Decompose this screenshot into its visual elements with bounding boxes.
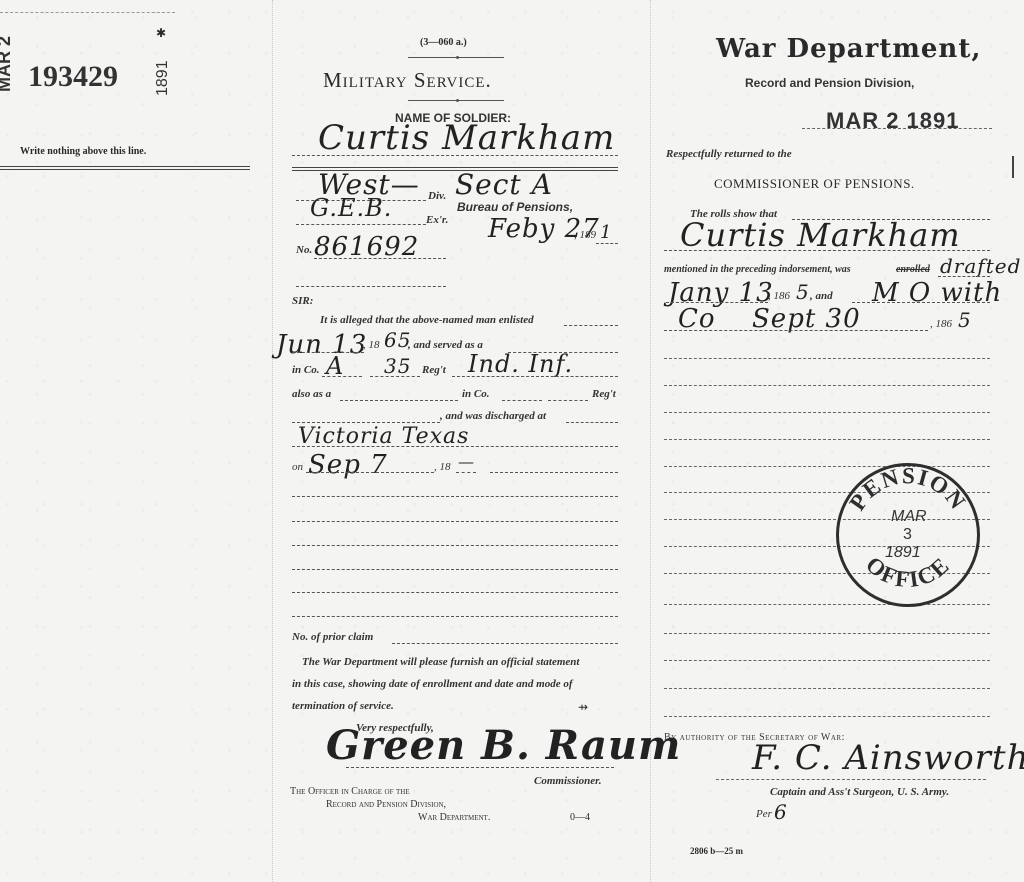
bureau-year-line: [596, 243, 618, 244]
blank-line: [664, 604, 990, 605]
inserted-word: drafted: [940, 254, 1021, 278]
bureau-year-prefix: , 189: [574, 229, 596, 241]
fold-line-left: [272, 0, 273, 882]
ainsworth-signature: F. C. Ainsworth: [752, 738, 1024, 778]
mustered-date-line: [664, 330, 928, 331]
discharge-extra-line: [490, 472, 618, 473]
struck-word: enrolled: [896, 264, 930, 275]
regiment-number: 35: [384, 354, 411, 378]
blank-line: [664, 385, 990, 386]
examiner-line: [296, 224, 426, 225]
alleged-text: It is alleged that the above-named man e…: [320, 314, 534, 326]
date-stamp: MAR 2 1891: [826, 108, 960, 134]
separator-rule: [0, 166, 250, 170]
commissioner-signature: Green B. Raum: [326, 722, 681, 769]
prior-claim-line: [392, 643, 618, 644]
stamp-year: 1891: [885, 544, 921, 562]
discharge-place-line: [292, 446, 618, 447]
regiment-label: Reg't: [422, 364, 446, 376]
on-label: on: [292, 461, 303, 473]
number-label: No.: [296, 244, 312, 256]
also-as-line: [340, 400, 458, 401]
request-text-2: in this case, showing date of enrollment…: [292, 678, 573, 690]
signer-title: Commissioner.: [534, 775, 602, 787]
salutation: SIR:: [292, 295, 313, 307]
regiment-value: Ind. Inf.: [468, 350, 573, 378]
asterisk-mark: ✱: [156, 26, 166, 41]
enlisted-year-prefix: , 18: [363, 339, 380, 351]
signer-title: Captain and Ass't Surgeon, U. S. Army.: [770, 786, 949, 798]
ornament-rule: [408, 100, 504, 101]
also-reg-line: [548, 400, 588, 401]
examiner-value: G.E.B.: [310, 194, 392, 222]
enlisted-date: Jun 13: [276, 330, 367, 360]
form-code: 0—4: [570, 812, 590, 823]
request-text-3: termination of service.: [292, 700, 394, 712]
signature-line: [346, 767, 614, 768]
mentioned-text: mentioned in the preceding indorsement, …: [664, 264, 851, 275]
company-line: [322, 376, 362, 377]
received-stamp-year: 1891: [154, 60, 172, 96]
blank-line: [664, 660, 990, 661]
division-label: Div.: [428, 190, 446, 202]
blank-line: [292, 592, 618, 593]
form-title: Military Service.: [323, 68, 492, 93]
blank-line: [292, 545, 618, 546]
bureau-year-suffix: 1: [600, 222, 612, 243]
blank-line: [664, 439, 990, 440]
commissioner-addressee: COMMISSIONER OF PENSIONS.: [714, 176, 915, 192]
enrolled-year-suffix: 5: [796, 280, 810, 304]
discharge-blank-line: [292, 422, 440, 423]
number-line: [314, 258, 446, 259]
name-line: [292, 155, 618, 156]
per-initial: 6: [774, 800, 788, 824]
blank-line: [664, 412, 990, 413]
subheading: Record and Pension Division,: [745, 76, 914, 90]
addressee-line-2: Record and Pension Division,: [326, 799, 446, 810]
mustered-line: [852, 302, 990, 303]
request-text-1: The War Department will please furnish a…: [302, 656, 579, 668]
name-line: [664, 250, 990, 251]
stamp-month: MAR: [891, 508, 927, 526]
bureau-label: Bureau of Pensions,: [457, 200, 573, 214]
blank-line: [292, 496, 618, 497]
discharge-year-suffix: —: [458, 452, 475, 471]
enlisted-line: [564, 325, 618, 326]
discharge-date-line: [306, 472, 434, 473]
also-in-co-label: in Co.: [462, 388, 490, 400]
blank-line: [292, 521, 618, 522]
prior-claim-label: No. of prior claim: [292, 631, 373, 643]
blank-line: [292, 616, 618, 617]
mustered-year-suffix: 5: [958, 308, 972, 332]
ornament-rule: [408, 57, 504, 58]
reply-soldier-name: Curtis Markham: [680, 216, 961, 254]
company-label: in Co.: [292, 364, 320, 376]
blank-line: [664, 633, 990, 634]
discharge-year-prefix: , 18: [434, 461, 451, 473]
regiment-number-line: [370, 376, 420, 377]
also-regiment-label: Reg't: [592, 388, 616, 400]
received-stamp-number: 193429: [28, 60, 118, 94]
form-number: (3—060 a.): [420, 37, 467, 48]
discharged-line: [566, 422, 618, 423]
section-value: Sect A: [455, 168, 553, 201]
print-code: 2806 b—25 m: [690, 846, 743, 856]
inserted-line: [938, 276, 990, 277]
discharged-text: , and was discharged at: [440, 410, 546, 422]
mustered-year-prefix: , 186: [930, 318, 952, 330]
torn-edge-line: [0, 12, 175, 13]
mustered-text: M O with: [872, 278, 1002, 308]
discharge-date: Sep 7: [308, 450, 388, 480]
addressee-line-3: War Department.: [418, 812, 490, 823]
edge-mark: [1012, 156, 1014, 178]
blank-line: [296, 286, 446, 287]
received-stamp-month: MAR 2: [0, 36, 15, 92]
also-as-label: also as a: [292, 388, 331, 400]
discharge-year-line: [456, 472, 476, 473]
write-nothing-instruction: Write nothing above this line.: [20, 146, 146, 157]
signature-line: [716, 779, 986, 780]
blank-line: [664, 716, 990, 717]
war-department-heading: War Department,: [716, 34, 981, 64]
pencil-mark: ⇸: [578, 700, 588, 715]
enrolled-date-line: [666, 302, 768, 303]
blank-line: [292, 569, 618, 570]
addressee-line-1: The Officer in Charge of the: [290, 786, 410, 797]
pension-office-stamp: PENSION OFFICE MAR 3 1891: [836, 463, 980, 607]
blank-line: [664, 358, 990, 359]
and-text: , and: [810, 290, 833, 302]
also-co-line: [502, 400, 542, 401]
per-label: Per: [756, 808, 772, 820]
examiner-label: Ex'r.: [426, 214, 448, 226]
blank-line: [664, 688, 990, 689]
enrolled-year-prefix: , 186: [768, 290, 790, 302]
returned-text: Respectfully returned to the: [666, 148, 792, 160]
stamp-day: 3: [903, 526, 912, 544]
regiment-line: [452, 376, 618, 377]
soldier-name-handwritten: Curtis Markham: [318, 118, 615, 158]
